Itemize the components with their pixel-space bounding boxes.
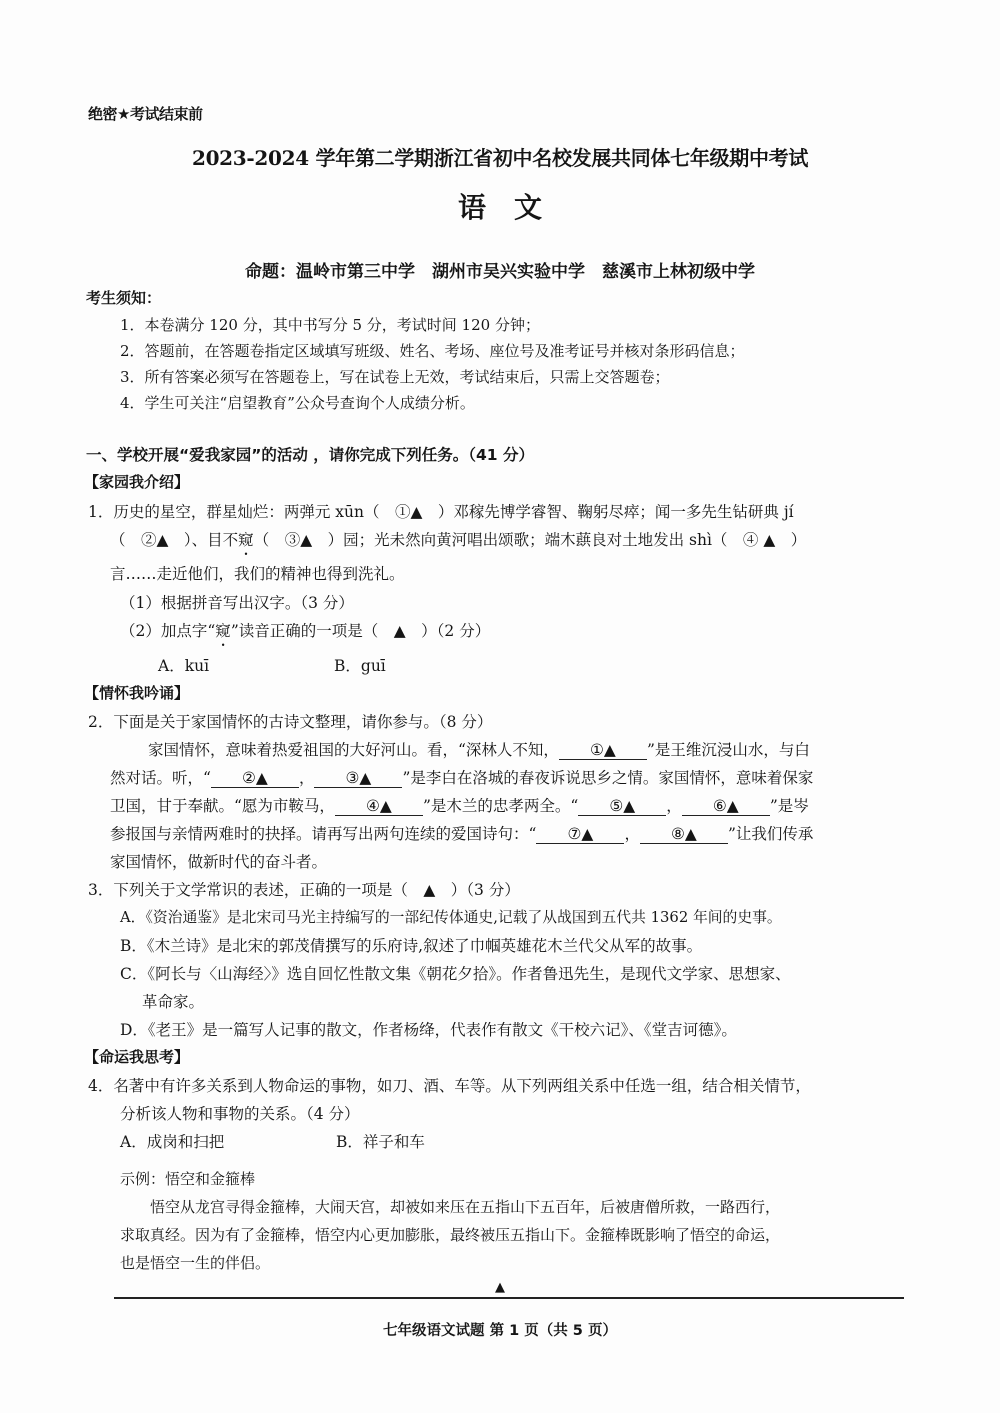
subsection-tag: 【情怀我吟诵】: [84, 682, 189, 703]
notice-item: 4．学生可关注“启望教育”公众号查询个人成绩分析。: [120, 392, 475, 413]
q4-option-b: B．祥子和车: [336, 1130, 425, 1152]
subject-char: 语: [458, 186, 486, 226]
notice-item: 1．本卷满分 120 分，其中书写分 5 分，考试时间 120 分钟；: [120, 314, 540, 335]
example-text: 悟空从龙宫寻得金箍棒，大闹天宫，却被如来压在五指山下五百年，后被唐僧所救，一路西…: [150, 1196, 780, 1217]
answer-marker-triangle: ▲: [0, 1280, 1000, 1295]
notice-item: 2．答题前，在答题卷指定区域填写班级、姓名、考场、座位号及准考证号并核对条形码信…: [120, 340, 745, 361]
option-a: A．kuī: [158, 654, 209, 676]
section-title: 一、学校开展“爱我家园”的活动 ，请你完成下列任务。（41 分）: [86, 443, 534, 465]
confidential-label: 绝密★考试结束前: [88, 103, 202, 124]
option-b: B．guī: [334, 654, 386, 676]
answer-blank[interactable]: ⑧▲: [640, 825, 728, 844]
q3-option-b: B．《木兰诗》是北宋的郭茂倩撰写的乐府诗,叙述了巾帼英雄花木兰代父从军的故事。: [120, 934, 702, 956]
footer-divider: [114, 1297, 904, 1299]
subject-char: 文: [514, 186, 542, 226]
subsection-tag: 【命运我思考】: [84, 1046, 189, 1067]
q1-line: 言……走近他们，我们的精神也得到洗礼。: [110, 562, 405, 584]
answer-blank[interactable]: ⑦▲: [536, 825, 624, 844]
answer-blank[interactable]: ④▲: [335, 797, 423, 816]
page-footer: 七年级语文试题 第 1 页（共 5 页）: [0, 1319, 1000, 1340]
q2-line: 然对话。听，“②▲，③▲”是李白在洛城的春夜诉说思乡之情。家国情怀，意味着保家: [110, 766, 813, 788]
answer-blank[interactable]: ⑤▲: [578, 797, 666, 816]
subsection-tag: 【家园我介绍】: [84, 471, 189, 492]
q4-option-a: A．成岗和扫把: [120, 1130, 224, 1152]
q1-sub1: （1）根据拼音写出汉字。（3 分）: [120, 591, 354, 613]
q3-option-c-cont: 革命家。: [142, 990, 204, 1012]
example-text: 也是悟空一生的伴侣。: [120, 1252, 270, 1273]
q3-option-d: D．《老王》是一篇写人记事的散文，作者杨绛，代表作有散文《干校六记》、《堂吉诃德…: [120, 1018, 737, 1040]
q1-sub2: （2）加点字“窥”读音正确的一项是（ ▲ ）（2 分）: [120, 619, 490, 641]
q4-line: 分析该人物和事物的关系。（4 分）: [120, 1102, 360, 1124]
example-text: 求取真经。因为有了金箍棒，悟空内心更加膨胀，最终被压五指山下。金箍棒既影响了悟空…: [120, 1224, 780, 1245]
q4-line: 4．名著中有许多关系到人物命运的事物，如刀、酒、车等。从下列两组关系中任选一组，…: [88, 1074, 811, 1096]
notice-item: 3．所有答案必须写在答题卷上，写在试卷上无效，考试结束后，只需上交答题卷；: [120, 366, 670, 387]
q1-line: （ ②▲ ）、目不窥（ ③▲ ）园；光未然向黄河唱出颂歌；端木蕻良对土地发出 s…: [110, 528, 806, 550]
authors-line: 命题：温岭市第三中学 湖州市吴兴实验中学 慈溪市上林初级中学: [0, 257, 1000, 282]
dotted-char: 窥: [215, 622, 231, 640]
exam-title: 2023-2024 学年第二学期浙江省初中名校发展共同体七年级期中考试: [0, 142, 1000, 171]
q1-line: 1．历史的星空，群星灿烂：两弹元 xūn（ ①▲ ）邓稼先博学睿智、鞠躬尽瘁；闻…: [88, 500, 794, 522]
answer-blank[interactable]: ③▲: [314, 769, 402, 788]
subject-title: 语文: [0, 186, 1000, 226]
q2-stem: 2．下面是关于家国情怀的古诗文整理，请你参与。（8 分）: [88, 710, 492, 732]
q3-option-a: A．《资治通鉴》是北宋司马光主持编写的一部纪传体通史,记载了从战国到五代共 13…: [120, 906, 782, 927]
q2-line: 家国情怀，意味着热爱祖国的大好河山。看，“深林人不知，①▲”是王维沉浸山水，与白: [148, 738, 810, 760]
q2-line: 参报国与亲情两难时的抉择。请再写出两句连续的爱国诗句：“⑦▲，⑧▲”让我们传承: [110, 822, 813, 844]
dotted-char: 窥: [238, 531, 254, 549]
example-title: 示例：悟空和金箍棒: [120, 1168, 255, 1189]
q2-line: 卫国，甘于奉献。“愿为市鞍马，④▲”是木兰的忠孝两全。“⑤▲，⑥▲”是岑: [110, 794, 809, 816]
answer-blank[interactable]: ①▲: [559, 741, 647, 760]
answer-blank[interactable]: ⑥▲: [682, 797, 770, 816]
q3-stem: 3．下列关于文学常识的表述，正确的一项是（ ▲ ）（3 分）: [88, 878, 520, 900]
q3-option-c: C．《阿长与〈山海经〉》选自回忆性散文集《朝花夕拾》。作者鲁迅先生，是现代文学家…: [120, 962, 791, 984]
exam-page: 绝密★考试结束前 2023-2024 学年第二学期浙江省初中名校发展共同体七年级…: [0, 0, 1000, 1413]
q2-line: 家国情怀，做新时代的奋斗者。: [110, 850, 327, 872]
answer-blank[interactable]: ②▲: [211, 769, 299, 788]
notice-title: 考生须知：: [86, 287, 161, 308]
